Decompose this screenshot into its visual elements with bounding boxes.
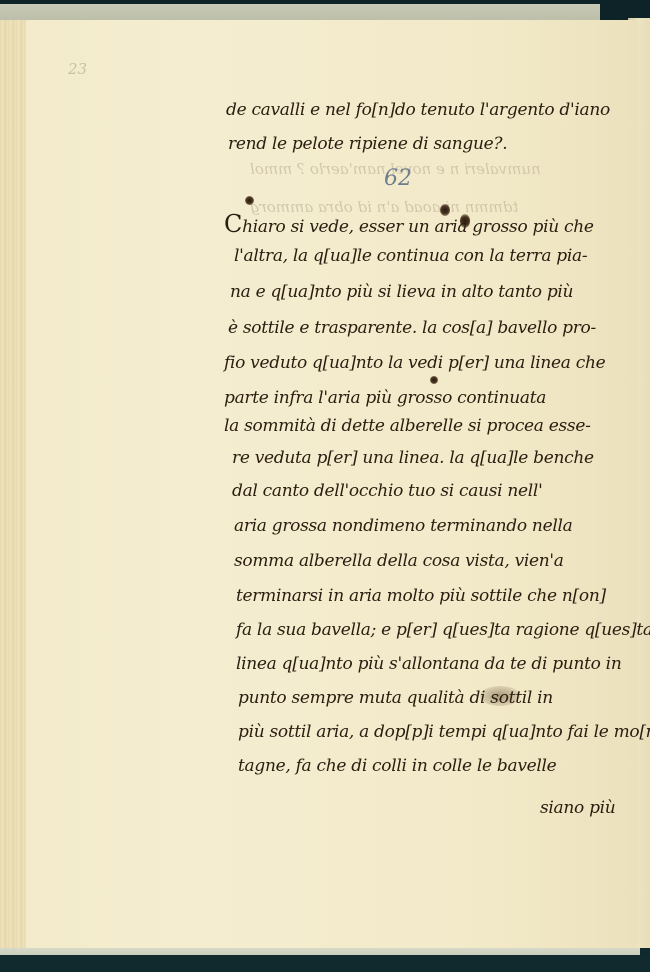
text-line: tagne, fa che di colli in colle le bavel… <box>238 756 556 776</box>
text-line: è sottile e trasparente. la cos[a] bavel… <box>228 318 596 338</box>
text-line: linea q[ua]nto più s'allontana da te di … <box>236 654 621 674</box>
text-line: dal canto dell'occhio tuo si causi nell' <box>232 481 542 501</box>
catchword: siano più <box>540 798 615 818</box>
text-line: più sottil aria, a dop[p]i tempi q[ua]nt… <box>238 722 650 742</box>
text-line: terminarsi in aria molto più sottile che… <box>236 586 606 606</box>
text-line: parte infra l'aria più grosso continuata <box>224 388 546 408</box>
ink-blot <box>430 376 438 384</box>
text-line: na e q[ua]nto più si lieva in alto tanto… <box>230 282 573 302</box>
text-line: l'altra, la q[ua]le continua con la terr… <box>234 246 587 266</box>
page-gutter-edge <box>0 20 26 955</box>
text-line: punto sempre muta qualità di sottil in <box>238 688 553 708</box>
text-line: rend le pelote ripiene di sangue?. <box>228 134 507 154</box>
text-line: Chiaro si vede, esser un aria grosso più… <box>224 210 594 238</box>
page-number: 62 <box>384 166 412 191</box>
text-line: fio veduto q[ua]nto la vedi p[er] una li… <box>224 353 605 373</box>
text-line: aria grossa nondimeno terminando nella <box>234 516 572 536</box>
text-line: fa la sua bavella; e p[er] q[ues]ta ragi… <box>236 620 650 640</box>
scan-background-bottom <box>0 955 650 972</box>
text-line: re veduta p[er] una linea. la q[ua]le be… <box>232 448 594 468</box>
text-line: somma alberella della cosa vista, vien'a <box>234 551 564 571</box>
ink-blot <box>245 196 254 205</box>
text-line: la sommità di dette alberelle si procea … <box>224 416 591 436</box>
text-line: de cavalli e nel fo[n]do tenuto l'argent… <box>226 100 610 120</box>
folio-number-ghost: 23 <box>68 60 87 78</box>
